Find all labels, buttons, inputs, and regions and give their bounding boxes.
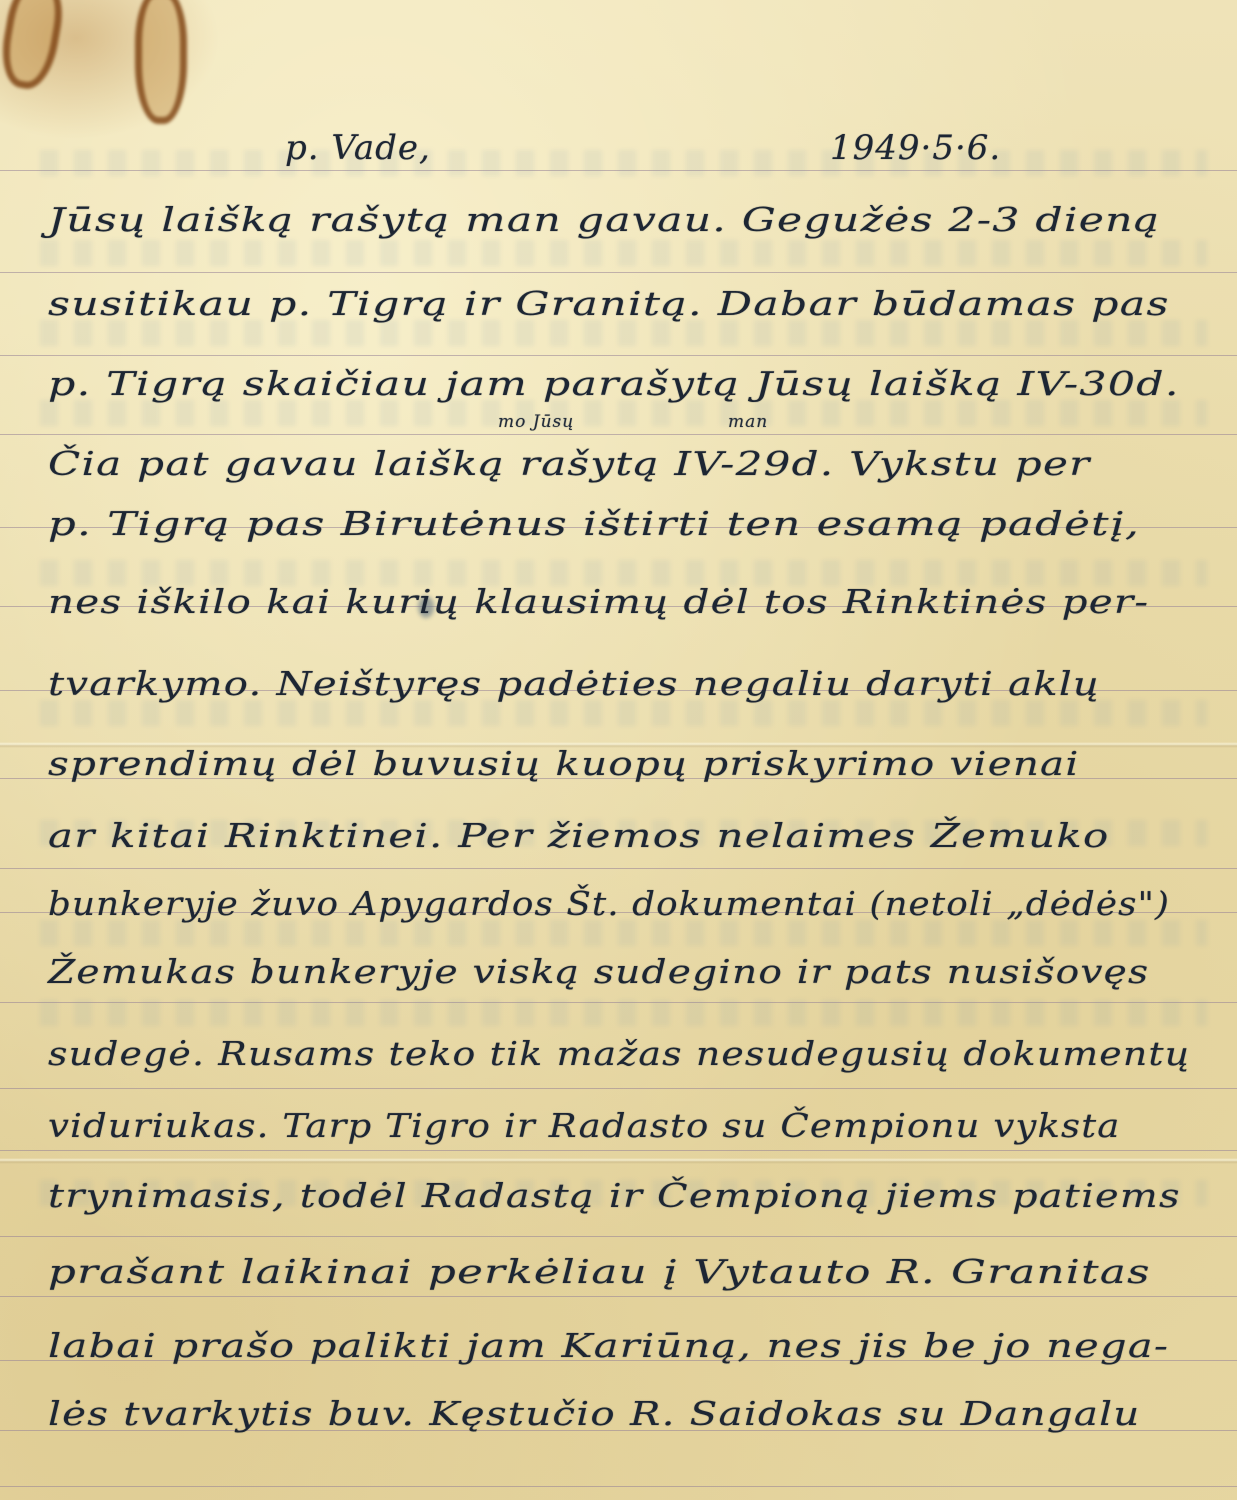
ruled-line xyxy=(0,1236,1237,1237)
ruled-line xyxy=(0,170,1237,171)
letter-line: p. Tigrą skaičiau jam parašytą Jūsų laiš… xyxy=(48,364,1180,403)
letter-line: lės tvarkytis buv. Kęstučio R. Saidokas … xyxy=(48,1394,1140,1433)
letter-line: trynimasis, todėl Radastą ir Čempioną ji… xyxy=(48,1176,1181,1215)
letter-line: labai prašo palikti jam Kariūną, nes jis… xyxy=(48,1326,1169,1365)
ruled-line xyxy=(0,434,1237,435)
bleed-through xyxy=(40,320,1207,346)
letter-line: viduriukas. Tarp Tigro ir Radasto su Čem… xyxy=(48,1106,1120,1145)
letter-date: 1949·5·6. xyxy=(830,128,1001,168)
letter-line: bunkeryje žuvo Apygardos Št. dokumentai … xyxy=(48,884,1170,923)
letter-line: Jūsų laišką rašytą man gavau. Gegužės 2-… xyxy=(48,200,1160,239)
bleed-through xyxy=(40,150,1207,176)
letter-line: Čia pat gavau laišką rašytą IV-29d. Vyks… xyxy=(48,444,1091,483)
bleed-through xyxy=(40,240,1207,266)
rust-stain xyxy=(135,0,187,124)
letter-line: tvarkymo. Neištyręs padėties negaliu dar… xyxy=(48,664,1100,703)
letter-line: sudegė. Rusams teko tik mažas nesudegusi… xyxy=(48,1034,1190,1073)
ruled-line xyxy=(0,1088,1237,1089)
fold-crease xyxy=(0,1158,1237,1164)
letter-line: susitikau p. Tigrą ir Granitą. Dabar būd… xyxy=(48,284,1170,323)
letter-line: prašant laikinai perkėliau į Vytauto R. … xyxy=(48,1252,1151,1291)
letter-line: ar kitai Rinktinei. Per žiemos nelaimes … xyxy=(48,816,1110,855)
ruled-line xyxy=(0,355,1237,356)
interlinear-insertion: mo Jūsų xyxy=(498,412,574,432)
ruled-line xyxy=(0,1002,1237,1003)
bleed-through xyxy=(40,920,1207,946)
letter-line: sprendimų dėl buvusių kuopų priskyrimo v… xyxy=(48,744,1080,783)
letter-line: Žemukas bunkeryje viską sudegino ir pats… xyxy=(48,952,1149,991)
letter-line: nes iškilo kai kurių klausimų dėl tos Ri… xyxy=(48,582,1149,621)
interlinear-insertion: man xyxy=(728,412,768,432)
ruled-line xyxy=(0,868,1237,869)
salutation: p. Vade, xyxy=(285,128,431,168)
ruled-line xyxy=(0,272,1237,273)
bleed-through xyxy=(40,1000,1207,1026)
ruled-line xyxy=(0,1150,1237,1151)
ruled-line xyxy=(0,1296,1237,1297)
letter-page: p. Vade, 1949·5·6. Jūsų laišką rašytą ma… xyxy=(0,0,1237,1500)
letter-line: p. Tigrą pas Birutėnus ištirti ten esamą… xyxy=(48,504,1140,543)
ruled-line xyxy=(0,1486,1237,1487)
bleed-through xyxy=(40,700,1207,726)
bleed-through xyxy=(40,400,1207,426)
